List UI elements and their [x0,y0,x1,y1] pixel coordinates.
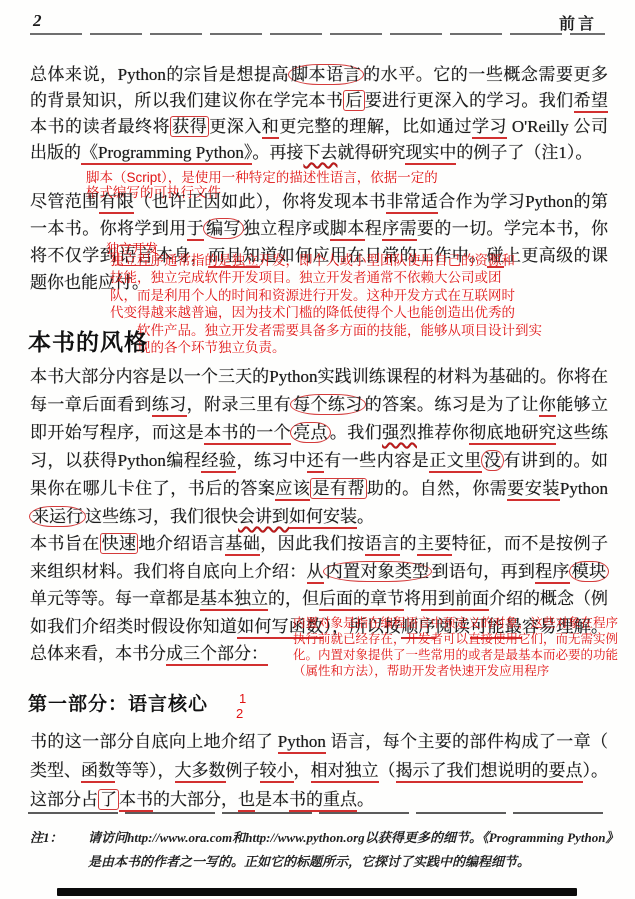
text-segment: 的 [400,534,417,553]
red-proof-mark: 还 [307,451,325,473]
text-segment: 尽管范围 [30,192,99,211]
scanned-book-page: 2 前言 总体来说，Python的宗旨是想提高脚本语言的水平。它的一些概念需要更… [0,0,635,899]
page-number: 2 [33,11,42,31]
red-proof-mark: 正文里 [429,451,482,473]
text-segment: ，附录三里有 [187,395,291,414]
text-segment: 的，但 [268,589,319,608]
red-proof-mark: 每个练习 [290,394,366,415]
red-proof-mark: 用到 [421,589,455,611]
text-segment: 。 [357,507,374,526]
footnote-text: 请访问http://www.ora.com和http://www.python.… [88,826,612,874]
text-segment: 更深入 [209,117,262,136]
red-proof-mark: 基础 [225,534,260,556]
text-segment: 的答案。练习是为了让 [365,395,539,414]
text-segment: 的例子了（注1）。 [456,143,592,162]
text-segment: （ [379,761,396,780]
text-segment: ，练习中 [236,451,306,470]
footnote-rule [28,812,605,814]
red-proof-mark: 基本独立 [200,589,268,611]
text-segment: 将 [404,589,421,608]
text-segment: Python [560,479,608,498]
paragraph-part1-description: 书的这一部分自底向上地介绍了 Python 语言，每个主要的部件构成了一章（ 类… [30,727,608,814]
red-proof-mark: 前面 [455,589,489,611]
red-proof-mark: 后面的章节 [319,589,404,611]
text-segment: 有一些内容是 [324,451,429,470]
text-segment: 。我们 [330,423,382,442]
text-segment: ， [294,761,311,780]
red-proof-mark: 现实中 [405,143,456,165]
red-proof-mark: 如何安装 [289,507,357,529]
annotation-number-2: 2 [236,706,243,721]
red-proof-mark: 没 [481,450,505,471]
annotation-number-1: 1 [239,691,246,706]
red-proof-mark: 下去 [303,143,337,162]
section-heading-part1: 第一部分：语言核心 [28,689,208,716]
red-proof-mark: 大多数 [175,761,226,783]
red-proof-mark: 从 [307,562,324,584]
annotation-builtin-objects-block: 内置对象是指在编程语言中预定义的对象，这些对象在程序 执行前就已经存在，开发者可… [293,616,628,680]
text-segment: 总体来说，Python的宗旨是想提高 [30,65,289,84]
red-proof-mark: 也 [238,790,255,812]
footnote-label: 注1： [30,827,63,846]
red-proof-mark: 序需 [382,219,417,241]
text-segment: 是本 [255,790,289,809]
red-proof-mark: 后 [343,90,364,111]
red-proof-mark: 书的重点 [289,790,357,812]
running-head-title: 前言 [559,11,597,34]
red-proof-mark: 编写 [203,218,244,239]
text-segment: ，因此我们按 [260,534,364,553]
text-segment: 。再接 [252,143,303,162]
scan-edge-bar [57,888,577,896]
paragraph-overview: 总体来说，Python的宗旨是想提高脚本语言的水平。它的一些概念需要更多的背景知… [30,62,608,166]
red-proof-mark: 较小 [260,761,294,783]
red-proof-mark: 了 [98,789,119,810]
text-segment: 要进行更深入的学习。我们 [365,91,574,110]
red-proof-mark: 函数 [81,761,115,783]
red-proof-mark: 学习 [472,117,507,139]
text-segment: 地介绍语言 [138,534,225,553]
annotation-indie-dev-block-bottom: 软件产品。独立开发者需要具备多方面的技能，能够从项目设计到实 现的各个环节独立负… [137,322,607,357]
red-proof-mark: 《Programming Python》 [81,143,252,165]
text-segment: 推荐你 [417,423,469,442]
red-proof-mark: 语言 [365,534,400,556]
text-segment: 本书旨在 [30,534,100,553]
text-segment: 。 [357,790,374,809]
text-segment: 书的这一部分自底向上地介绍了 [30,732,278,751]
text-segment: 例子 [226,761,260,780]
text-segment: 等等）， [115,761,175,780]
red-proof-mark: 有限 [99,192,134,214]
red-proof-mark: 于 [187,219,204,241]
header-rule [30,33,605,35]
red-proof-mark: 获得 [170,116,209,137]
red-proof-mark: 彻底地研究 [469,423,556,445]
text-segment: 程 [365,219,382,238]
text-segment: 更完整的理解，比如通过 [279,117,472,136]
red-proof-mark: 相对独立 [311,761,379,783]
red-proof-mark: 脚本语言 [288,64,364,85]
red-proof-mark: 本书的一个 [204,423,291,445]
red-proof-mark: 应该 [275,479,310,501]
red-proof-mark: 和 [262,117,280,139]
red-proof-mark: 是有帮 [310,478,367,499]
red-proof-mark: 强烈 [382,423,417,442]
text-segment: 本书的读者最终将 [30,117,170,136]
red-proof-mark: 经验 [201,451,236,473]
red-proof-mark: 亮点 [290,422,331,443]
annotation-indie-dev-block-top: 独立程序通常指的是独立开发，即个人或小型团队使用自己的资源和 技能，独立完成软件… [110,252,580,321]
red-proof-mark: 主要 [417,534,452,556]
red-proof-mark: 来运行 [29,506,86,527]
text-segment: 的大部分， [153,790,238,809]
text-segment: 独立程序或 [243,219,330,238]
paragraph-course-material: 本书大部分内容是以一个三天的Python实践训练课程的材料为基础的。你将在每一章… [30,363,608,531]
red-proof-mark: 非常适 [386,192,438,214]
red-proof-mark: 内置对象类型 [323,561,433,582]
red-proof-mark: 要安装 [507,479,560,501]
text-segment: 助的。自然，你需 [367,479,507,498]
red-proof-mark: 模块 [569,561,609,582]
red-proof-mark: 你 [539,395,556,417]
red-proof-mark: 成三个部分： [166,644,268,666]
red-proof-mark: 揭示了我们想说明的要点 [396,761,583,783]
text-segment: 单元等等。每一章都是 [30,589,200,608]
section-heading-book-style: 本书的风格 [28,324,148,357]
text-segment: 这些练习，我们很快 [85,507,238,526]
red-proof-mark: 希望 [574,91,608,113]
text-segment: 就得研究 [337,143,405,162]
text-segment: 到语句，再到 [431,562,535,581]
red-proof-mark: 快速 [100,533,139,554]
red-proof-mark: 脚本 [330,219,365,241]
red-proof-mark: 会讲到 [238,507,289,526]
red-proof-mark: 练习 [152,395,187,417]
text-segment: （也许正因如此），你将发现本书 [134,192,386,211]
red-proof-mark: 本书 [119,790,153,812]
red-proof-mark: 程序 [535,562,570,584]
red-proof-mark: Python [278,732,326,754]
